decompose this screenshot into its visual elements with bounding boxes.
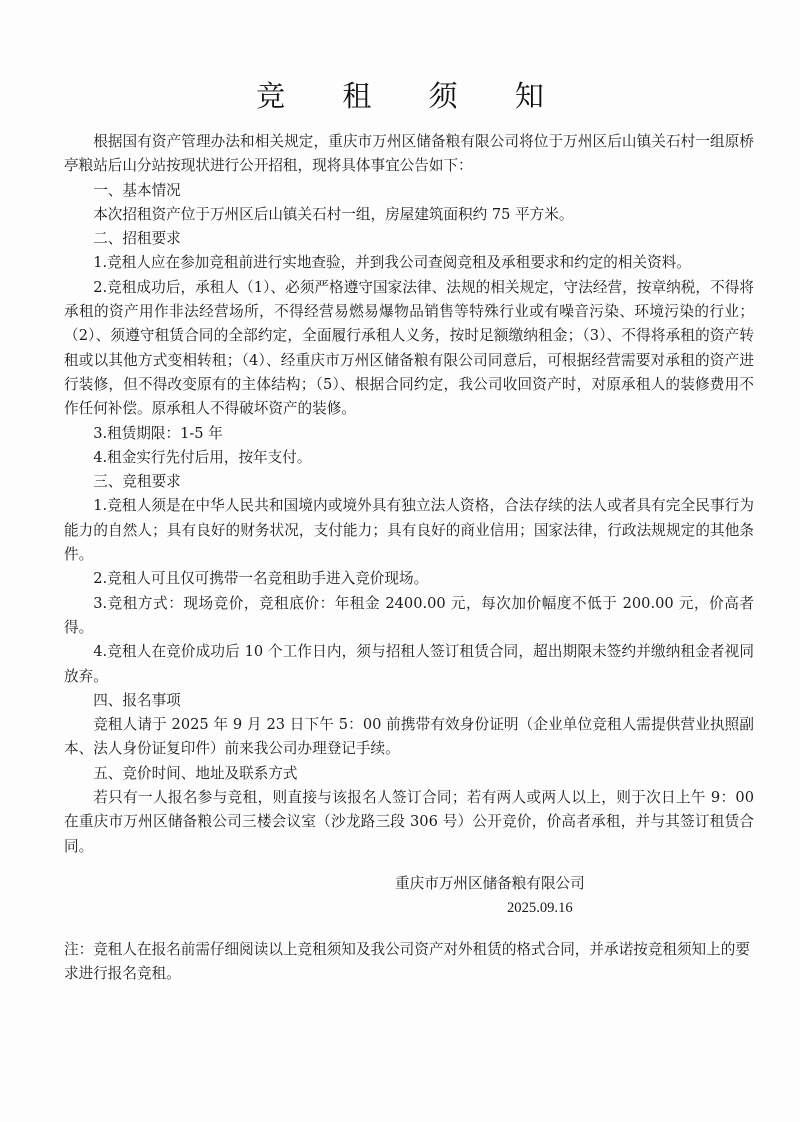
section-paragraph: 竞租人请于 2025 年 9 月 23 日下午 5：00 前携带有效身份证明（企… [64, 713, 754, 762]
section-paragraph: 3.租赁期限：1-5 年 [64, 422, 754, 446]
section-paragraph: 本次招租资产位于万州区后山镇关石村一组，房屋建筑面积约 75 平方米。 [64, 203, 754, 227]
section-paragraph: 3.竞租方式：现场竞价，竞租底价：年租金 2400.00 元，每次加价幅度不低于… [64, 592, 754, 641]
section-paragraph: 若只有一人报名参与竞租，则直接与该报名人签订合同；若有两人或两人以上，则于次日上… [64, 786, 754, 859]
section-paragraph: 4.竞租人在竞价成功后 10 个工作日内，须与招租人签订租赁合同，超出期限未签约… [64, 640, 754, 689]
section-heading-bidding-requirements: 三、竞租要求 [64, 470, 754, 494]
document-body: 根据国有资产管理办法和相关规定，重庆市万州区储备粮有限公司将位于万州区后山镇关石… [64, 130, 754, 859]
section-paragraph: 4.租金实行先付后用，按年支付。 [64, 446, 754, 470]
section-heading-registration: 四、报名事项 [64, 689, 754, 713]
section-paragraph: 1.竞租人应在参加竞租前进行实地查验，并到我公司查阅竞租及承租要求和约定的相关资… [64, 251, 754, 275]
section-paragraph: 1.竞租人须是在中华人民共和国境内或境外具有独立法人资格，合法存续的法人或者具有… [64, 494, 754, 567]
intro-paragraph: 根据国有资产管理办法和相关规定，重庆市万州区储备粮有限公司将位于万州区后山镇关石… [64, 130, 754, 179]
signature-company: 重庆市万州区储备粮有限公司 [395, 872, 585, 896]
signature-block: 重庆市万州区储备粮有限公司 2025.09.16 [395, 872, 585, 920]
section-heading-lease-requirements: 二、招租要求 [64, 227, 754, 251]
section-heading-time-location-contact: 五、竞价时间、地址及联系方式 [64, 762, 754, 786]
section-paragraph: 2.竞租人可且仅可携带一名竞租助手进入竞价现场。 [64, 567, 754, 591]
note-text: 注：竞租人在报名前需仔细阅读以上竞租须知及我公司资产对外租赁的格式合同，并承诺按… [64, 938, 754, 987]
document-page: 竞 租 须 知 根据国有资产管理办法和相关规定，重庆市万州区储备粮有限公司将位于… [0, 0, 800, 1122]
section-paragraph: 2.竞租成功后，承租人（1）、必须严格遵守国家法律、法规的相关规定，守法经营，按… [64, 276, 754, 422]
section-heading-basic-info: 一、基本情况 [64, 179, 754, 203]
signature-date: 2025.09.16 [395, 896, 585, 920]
note-block: 注：竞租人在报名前需仔细阅读以上竞租须知及我公司资产对外租赁的格式合同，并承诺按… [64, 938, 754, 987]
page-title: 竞 租 须 知 [0, 76, 800, 116]
